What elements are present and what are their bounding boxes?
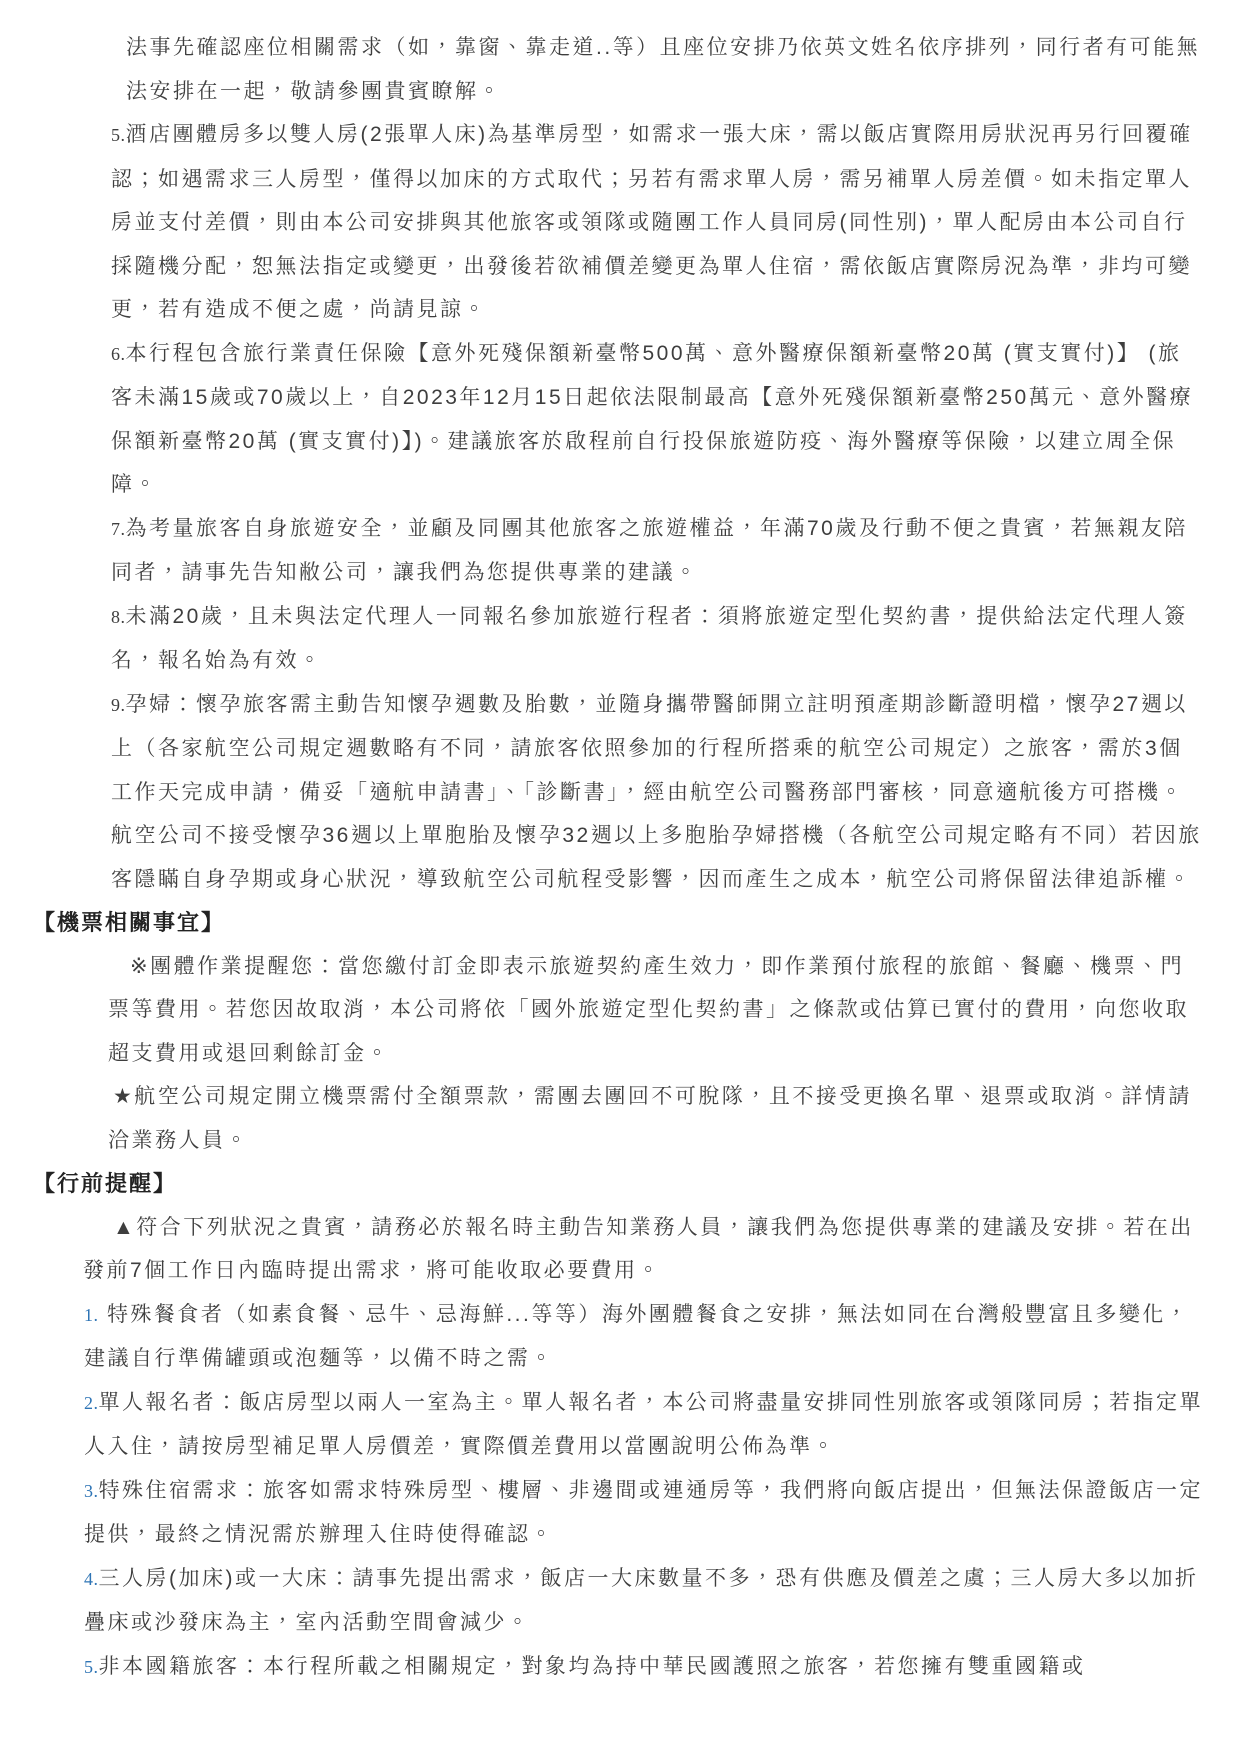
list-number-blue: 5.	[84, 1657, 99, 1677]
list-item-single-traveler: 2.單人報名者：飯店房型以兩人一室為主。單人報名者，本公司將盡量安排同性別旅客或…	[0, 1381, 1203, 1469]
list-item-foreign-nationality: 5.非本國籍旅客：本行程所載之相關規定，對象均為持中華民國護照之旅客，若您擁有雙…	[0, 1645, 1203, 1690]
paragraph-deposit-reminder: ※團體作業提醒您：當您繳付訂金即表示旅遊契約產生效力，即作業預付旅程的旅館、餐廳…	[0, 945, 1203, 1076]
list-item-text: 為考量旅客自身旅遊安全，並顧及同團其他旅客之旅遊權益，年滿70歲及行動不便之貴賓…	[111, 517, 1188, 585]
list-item-special-meals: 1. 特殊餐食者（如素食餐、忌牛、忌海鮮...等等）海外團體餐食之安排，無法如同…	[0, 1293, 1203, 1381]
paragraph-pre-departure-intro: ▲符合下列狀況之貴賓，請務必於報名時主動告知業務人員，讓我們為您提供專業的建議及…	[0, 1206, 1203, 1293]
list-item-pregnancy: 9.孕婦：懷孕旅客需主動告知懷孕週數及胎數，並隨身攜帶醫師開立註明預產期診斷證明…	[0, 683, 1203, 902]
list-number: 7.	[111, 519, 126, 539]
list-number-blue: 3.	[84, 1481, 99, 1501]
list-item-text: 單人報名者：飯店房型以兩人一室為主。單人報名者，本公司將盡量安排同性別旅客或領隊…	[84, 1391, 1203, 1459]
list-item-hotel-rooms: 5.酒店團體房多以雙人房(2張單人床)為基準房型，如需求一張大床，需以飯店實際用…	[0, 113, 1203, 332]
list-number: 8.	[111, 607, 126, 627]
list-item-text: 本行程包含旅行業責任保險【意外死殘保額新臺幣500萬、意外醫療保額新臺幣20萬 …	[111, 342, 1193, 497]
list-item-text: 特殊住宿需求：旅客如需求特殊房型、樓層、非邊間或連通房等，我們將向飯店提出，但無…	[84, 1479, 1203, 1547]
list-item-insurance: 6.本行程包含旅行業責任保險【意外死殘保額新臺幣500萬、意外醫療保額新臺幣20…	[0, 332, 1203, 507]
list-item-text: 非本國籍旅客：本行程所載之相關規定，對象均為持中華民國護照之旅客，若您擁有雙重國…	[99, 1655, 1086, 1678]
list-number: 9.	[111, 695, 126, 715]
list-item-text: 孕婦：懷孕旅客需主動告知懷孕週數及胎數，並隨身攜帶醫師開立註明預產期診斷證明檔，…	[111, 693, 1202, 891]
list-item-text: 三人房(加床)或一大床：請事先提出需求，飯店一大床數量不多，恐有供應及價差之虞；…	[84, 1567, 1198, 1635]
list-item-text: 未滿20歲，且未與法定代理人一同報名參加旅遊行程者：須將旅遊定型化契約書，提供給…	[111, 605, 1188, 673]
list-number-blue: 4.	[84, 1569, 99, 1589]
list-number: 5.	[111, 125, 126, 145]
list-item-triple-room: 4.三人房(加床)或一大床：請事先提出需求，飯店一大床數量不多，恐有供應及價差之…	[0, 1557, 1203, 1645]
paragraph-airline-ticket-rule: ★航空公司規定開立機票需付全額票款，需團去團回不可脫隊，且不接受更換名單、退票或…	[0, 1075, 1203, 1162]
list-number-blue: 2.	[84, 1393, 99, 1413]
travel-notice-document: 法事先確認座位相關需求（如，靠窗、靠走道..等）且座位安排乃依英文姓名依序排列，…	[0, 0, 1241, 1689]
list-item-senior-safety: 7.為考量旅客自身旅遊安全，並顧及同團其他旅客之旅遊權益，年滿70歲及行動不便之…	[0, 507, 1203, 595]
section-heading-ticket-matters: 【機票相關事宜】	[0, 901, 1203, 945]
list-number-blue: 1.	[84, 1305, 99, 1325]
section-heading-pre-departure: 【行前提醒】	[0, 1162, 1203, 1206]
list-item-text: 特殊餐食者（如素食餐、忌牛、忌海鮮...等等）海外團體餐食之安排，無法如同在台灣…	[84, 1303, 1189, 1371]
list-item-minor-contract: 8.未滿20歲，且未與法定代理人一同報名參加旅遊行程者：須將旅遊定型化契約書，提…	[0, 595, 1203, 683]
paragraph-seat-request-tail: 法事先確認座位相關需求（如，靠窗、靠走道..等）且座位安排乃依英文姓名依序排列，…	[0, 26, 1203, 113]
list-item-text: 酒店團體房多以雙人房(2張單人床)為基準房型，如需求一張大床，需以飯店實際用房狀…	[111, 123, 1193, 321]
list-number: 6.	[111, 344, 126, 364]
list-item-special-lodging: 3.特殊住宿需求：旅客如需求特殊房型、樓層、非邊間或連通房等，我們將向飯店提出，…	[0, 1469, 1203, 1557]
